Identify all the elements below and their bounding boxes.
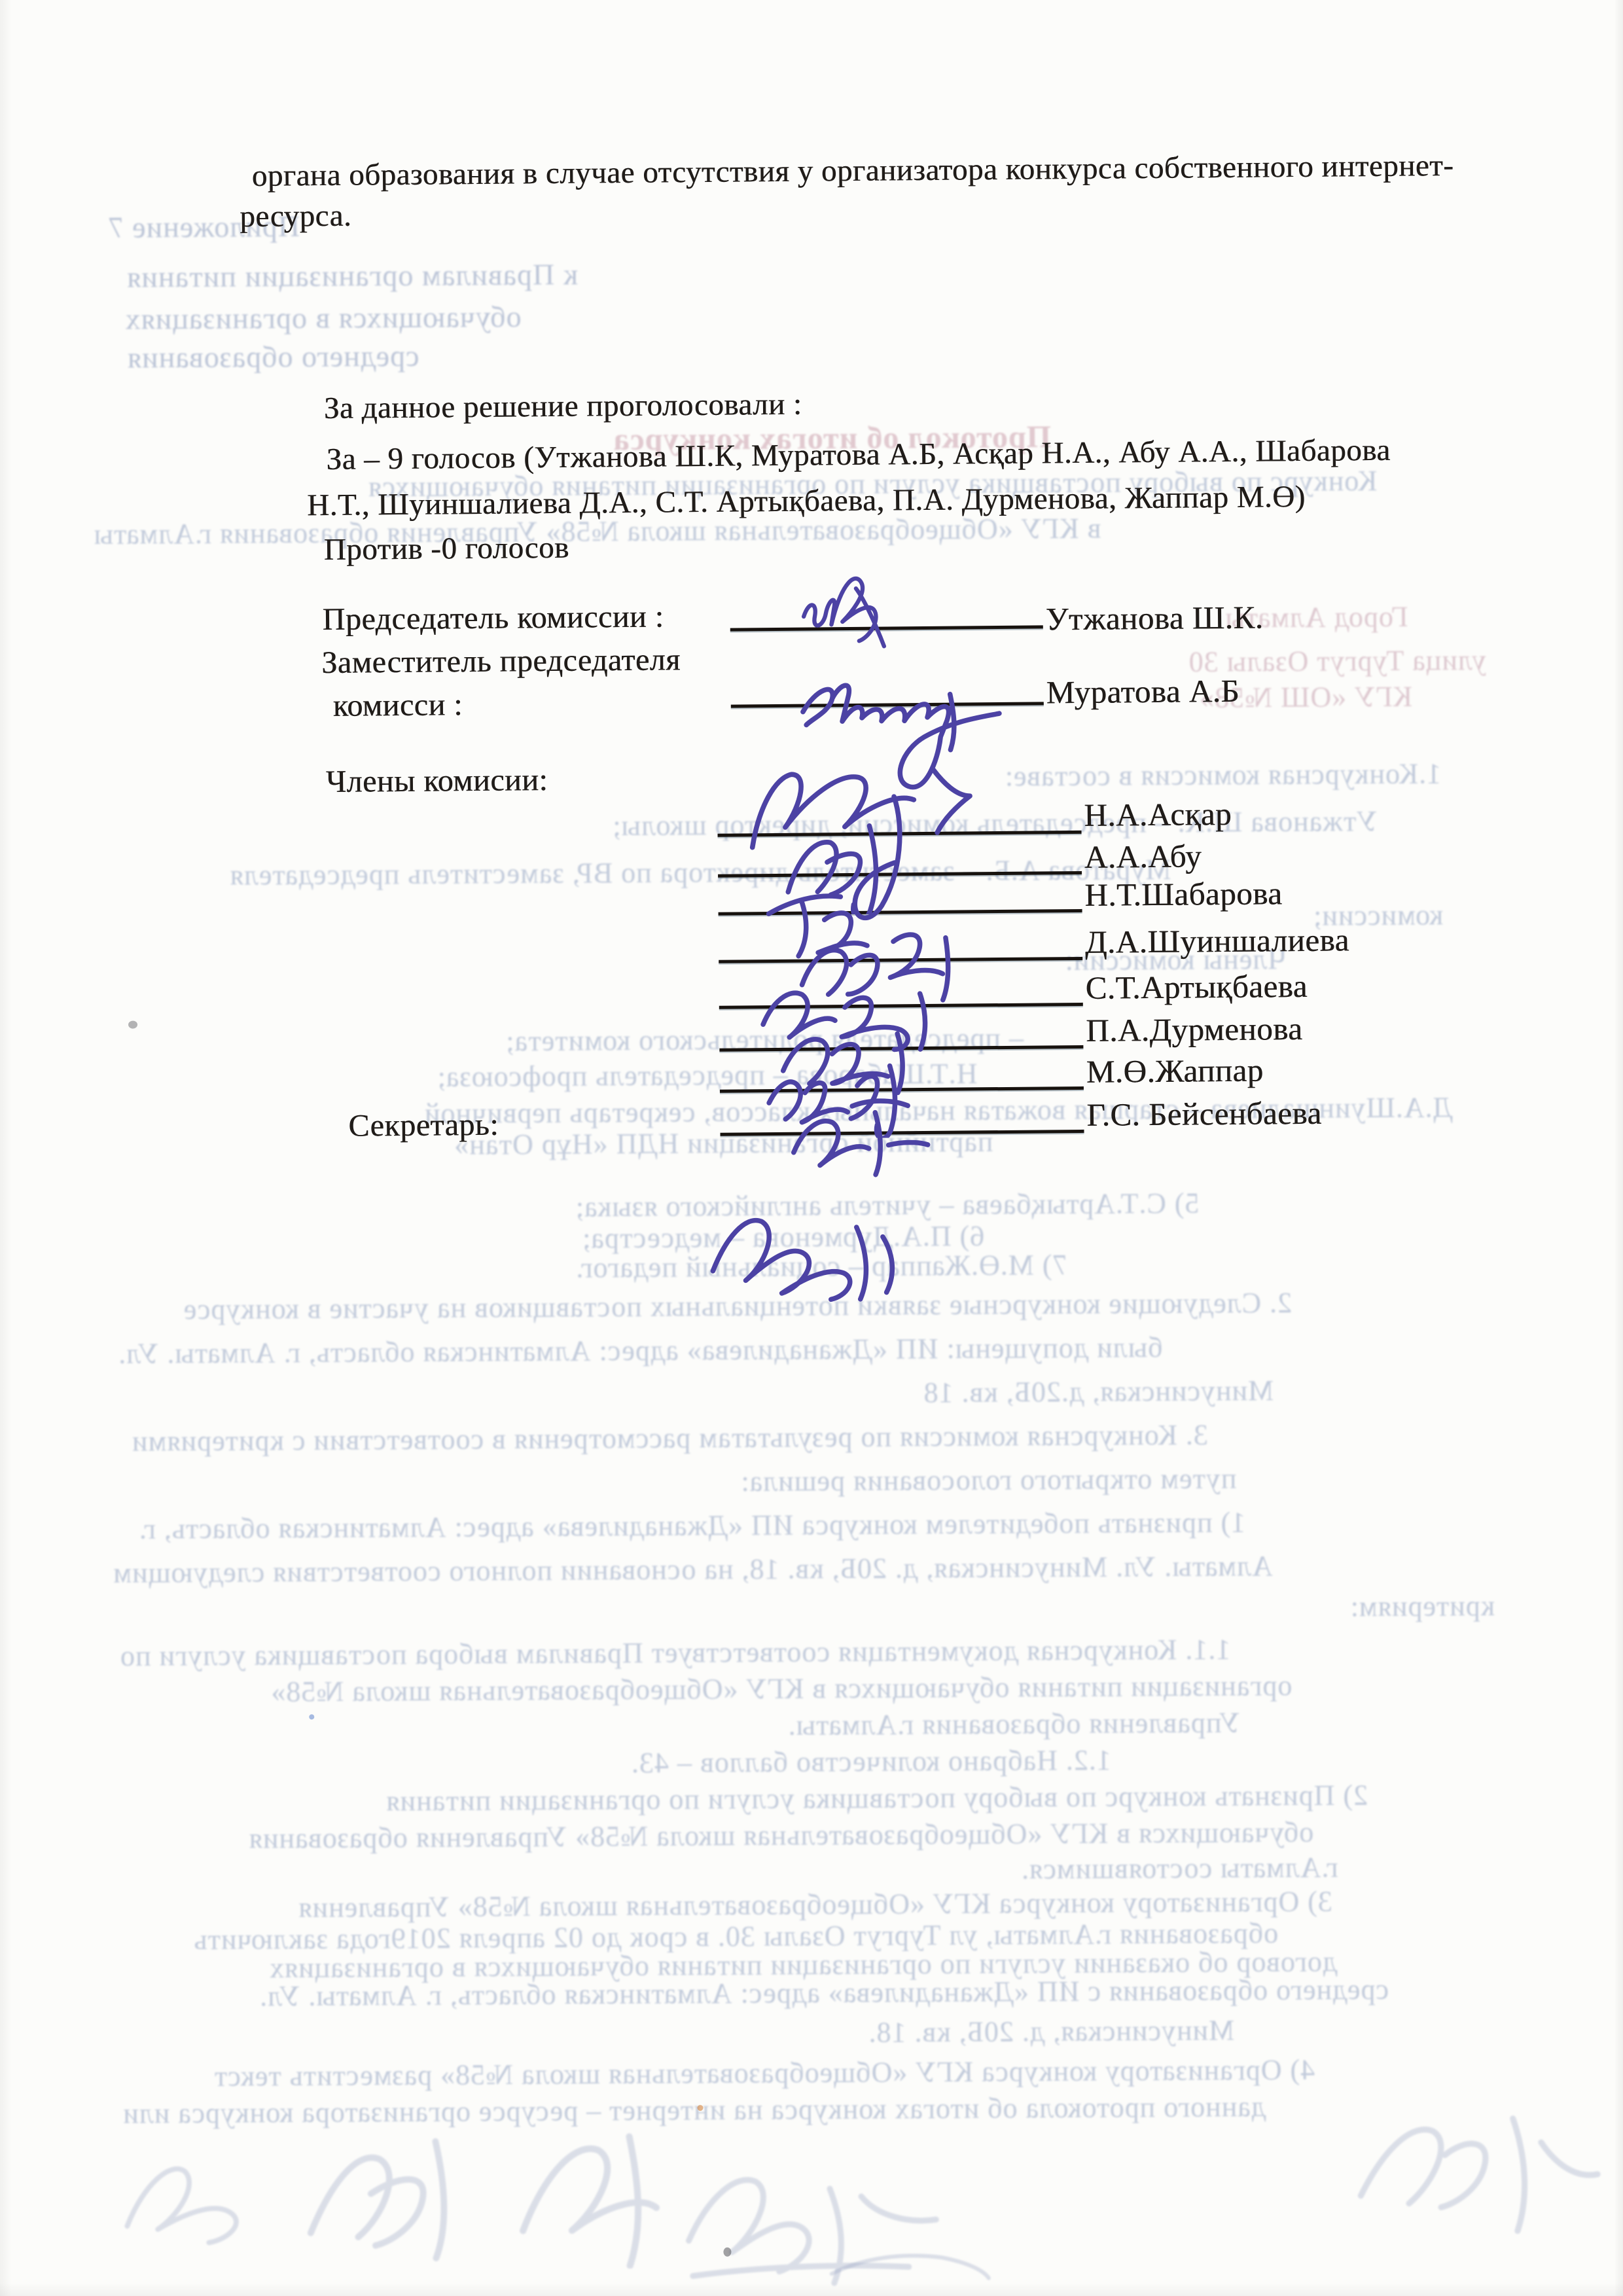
intro-line: органа образования в случае отсутствия у…	[251, 148, 1454, 194]
member-name: С.Т.Артықбаева	[1085, 967, 1308, 1007]
vote-heading: За данное решение проголосовали :	[324, 387, 802, 426]
vote-for-line: Н.Т., Шуиншалиева Д.А., С.Т. Артықбаева,…	[307, 479, 1306, 523]
document-content: органа образования в случае отсутствия у…	[0, 0, 1623, 2296]
scan-speck	[309, 1714, 314, 1719]
member-name: П.А.Дурменова	[1086, 1010, 1303, 1049]
vote-against-line: Против -0 голосов	[323, 530, 569, 567]
secretary-label: Секретарь:	[348, 1107, 499, 1144]
member-name: М.Ө.Жаппар	[1086, 1052, 1263, 1090]
members-label: Члены комисии:	[326, 762, 548, 800]
vote-for-line: За – 9 голосов (Утжанова Ш.К, Муратова А…	[326, 433, 1391, 477]
deputy-label: комисси :	[333, 687, 463, 724]
member-name: Д.А.Шуиншалиева	[1085, 921, 1349, 961]
deputy-name: Муратова А.Б	[1046, 672, 1240, 711]
scan-speck	[697, 2105, 703, 2111]
scan-speck	[723, 2248, 731, 2257]
deputy-label: Заместитель председателя	[321, 641, 681, 681]
intro-line: ресурса.	[240, 198, 351, 234]
signature-extra	[699, 1177, 916, 1304]
chairman-label: Председатель комиссии :	[322, 598, 664, 637]
member-name: А.А.Абу	[1084, 837, 1202, 876]
member-name: Н.А.Асқар	[1084, 795, 1232, 834]
secretary-name: Г.С. Бейсенбаева	[1086, 1094, 1322, 1134]
scanned-document-page: Приложение 7 к Правилам организации пита…	[0, 0, 1623, 2296]
signature-chairman	[792, 560, 904, 649]
signature-secretary	[780, 1079, 931, 1179]
member-name: Н.Т.Шабарова	[1084, 874, 1283, 914]
scan-speck	[128, 1021, 137, 1029]
chairman-name: Утжанова Ш.К.	[1045, 598, 1263, 637]
